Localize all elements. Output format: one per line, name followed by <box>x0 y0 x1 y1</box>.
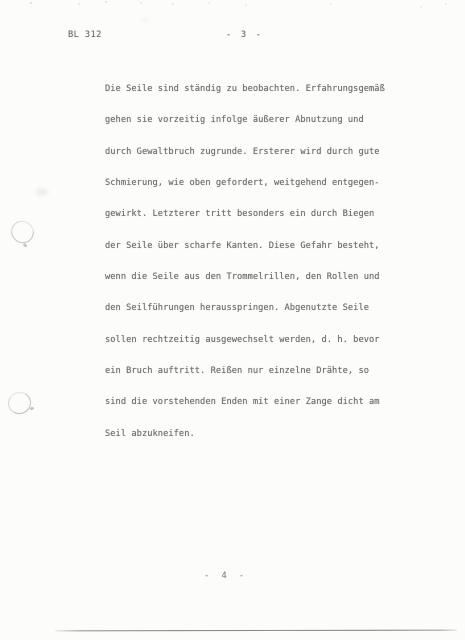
body-line: gewirkt. Letzterer tritt besonders ein d… <box>105 209 385 219</box>
body-line: Die Seile sind ständig zu beobachten. Er… <box>105 84 385 94</box>
body-line: Seil abzukneifen. <box>105 429 385 439</box>
scan-smudge <box>36 188 48 196</box>
body-line: sind die vorstehenden Enden mit einer Za… <box>105 397 385 407</box>
body-line: gehen sie vorzeitig infolge äußerer Abnu… <box>105 115 385 125</box>
body-line: Schmierung, wie oben gefordert, weitgehe… <box>105 178 385 188</box>
scanned-document-page: BL 312 - 3 - Die Seile sind ständig zu b… <box>0 0 465 640</box>
scan-smudge <box>140 18 150 22</box>
header-page-number: - 3 - <box>226 30 263 40</box>
hole-punch-mark <box>6 389 34 416</box>
document-reference: BL 312 <box>68 30 102 40</box>
footer-page-number: - 4 - <box>204 571 248 581</box>
body-line: der Seile über scharfe Kanten. Diese Gef… <box>105 241 385 251</box>
hole-punch-mark <box>7 216 39 248</box>
body-paragraph: Die Seile sind ständig zu beobachten. Er… <box>105 63 385 460</box>
body-line: sollen rechtzeitig ausgewechselt werden,… <box>105 335 385 345</box>
body-line: ein Bruch auftritt. Reißen nur einzelne … <box>105 366 385 376</box>
body-line: durch Gewaltbruch zugrunde. Ersterer wir… <box>105 147 385 157</box>
scan-noise <box>30 2 32 4</box>
scan-edge-line <box>55 630 457 632</box>
body-line: den Seilführungen herausspringen. Abgenu… <box>105 303 385 313</box>
body-line: wenn die Seile aus den Trommelrillen, de… <box>105 272 385 282</box>
